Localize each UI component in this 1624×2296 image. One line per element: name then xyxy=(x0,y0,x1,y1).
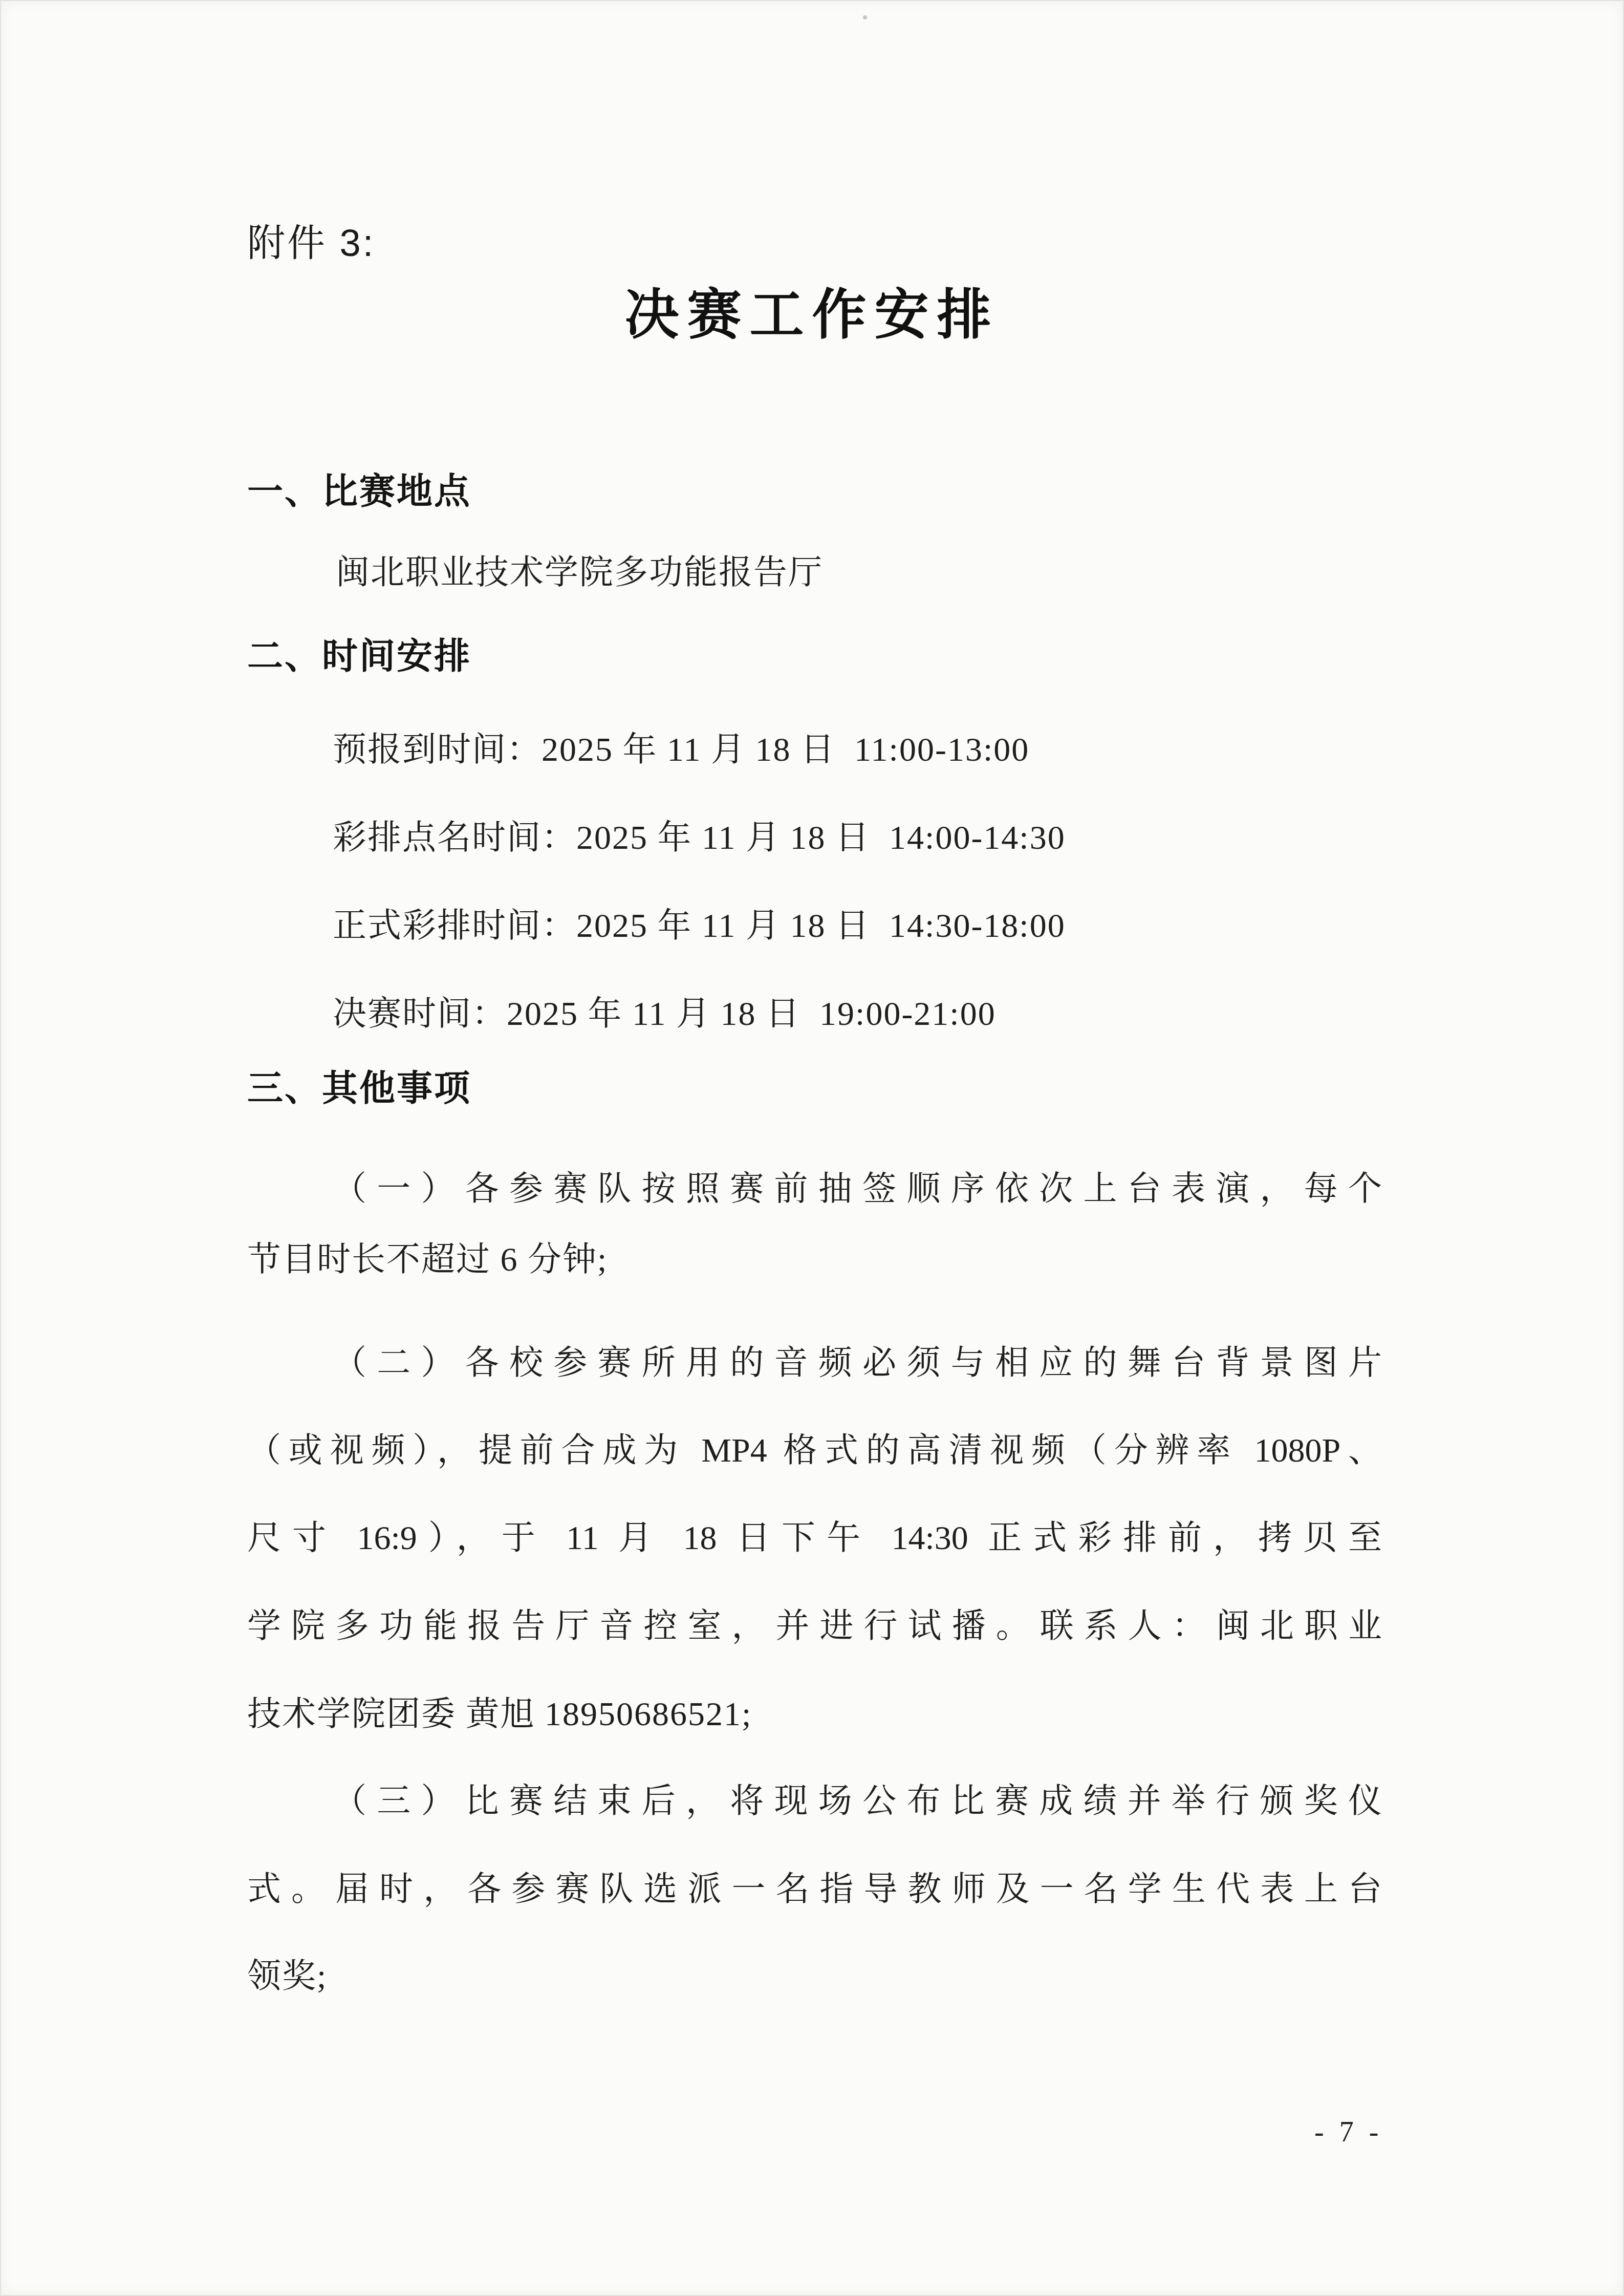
attachment-label: 附件 3: xyxy=(247,221,375,265)
body-line-item3-2: 式。届时，各参赛队选派一名指导教师及一名学生代表上台 xyxy=(247,1869,1382,1911)
section-heading-other-items: 三、其他事项 xyxy=(247,1068,471,1109)
body-line-item1-2: 节目时长不超过 6 分钟; xyxy=(247,1239,608,1281)
body-line-item3-1: （三）比赛结束后，将现场公布比赛成绩并举行颁奖仪 xyxy=(333,1780,1382,1823)
body-line-item2-5: 技术学院团委 黄旭 18950686521; xyxy=(247,1693,752,1736)
body-line-item2-1: （二）各校参赛所用的音频必须与相应的舞台背景图片 xyxy=(333,1342,1382,1385)
body-line-item2-3: 尺寸 16:9），于 11 月 18 日下午 14:30 正式彩排前，拷贝至 xyxy=(247,1517,1382,1560)
body-line-checkin-time: 预报到时间：2025 年 11 月 18 日 11:00-13:00 xyxy=(333,729,1029,771)
body-line-item3-3: 领奖; xyxy=(247,1956,327,1998)
section-heading-schedule: 二、时间安排 xyxy=(247,636,471,677)
body-line-rollcall-time: 彩排点名时间：2025 年 11 月 18 日 14:00-14:30 xyxy=(333,817,1066,860)
body-line-item2-2: （或视频），提前合成为 MP4 格式的高清视频（分辨率 1080P、 xyxy=(247,1430,1382,1472)
body-line-item1-1: （一）各参赛队按照赛前抽签顺序依次上台表演，每个 xyxy=(333,1168,1382,1211)
section-heading-venue: 一、比赛地点 xyxy=(247,471,471,512)
body-line-item2-4: 学院多功能报告厅音控室，并进行试播。联系人：闽北职业 xyxy=(247,1605,1382,1648)
body-line-final-time: 决赛时间：2025 年 11 月 18 日 19:00-21:00 xyxy=(333,993,996,1036)
scanned-document-page: 附件 3: 决赛工作安排 一、比赛地点 闽北职业技术学院多功能报告厅 二、时间安… xyxy=(0,0,1624,2296)
page-title: 决赛工作安排 xyxy=(0,281,1624,349)
body-line-rehearsal-time: 正式彩排时间：2025 年 11 月 18 日 14:30-18:00 xyxy=(333,905,1066,948)
page-number: - 7 - xyxy=(1314,2115,1382,2150)
scan-artifact-dot xyxy=(863,15,867,19)
body-line-venue: 闽北职业技术学院多功能报告厅 xyxy=(336,552,823,594)
